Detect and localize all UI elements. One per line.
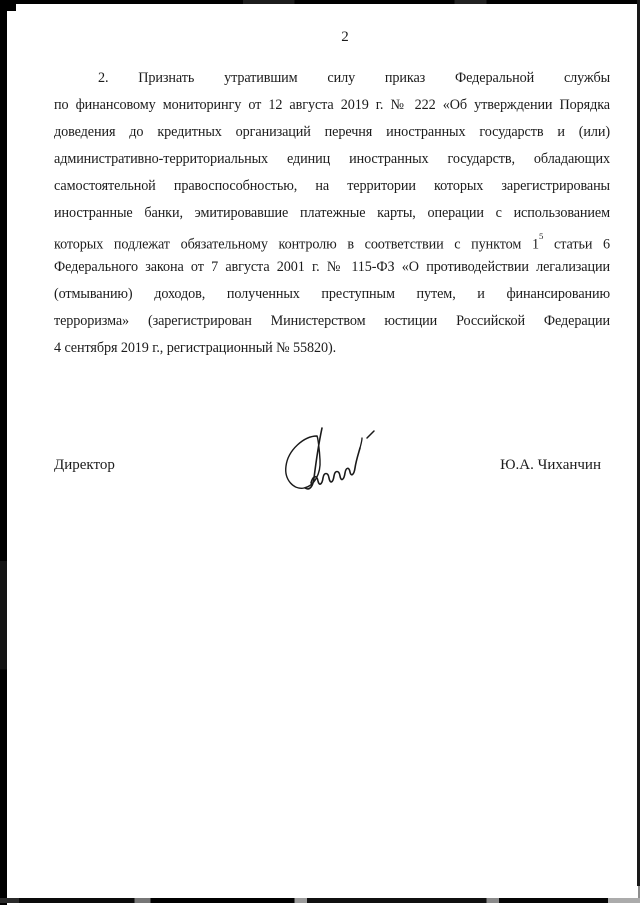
document-page: 2 2. Признать утратившим силу приказ Фед… — [54, 0, 610, 474]
superscript-5: 5 — [539, 231, 543, 241]
signature-icon — [276, 424, 376, 496]
paragraph-line-text: статьи 6 — [543, 237, 610, 253]
paragraph-line: самостоятельной правоспособностью, на те… — [54, 173, 610, 200]
page-number: 2 — [54, 28, 610, 46]
scan-border-left — [0, 0, 7, 905]
paragraph-line: административно-территориальных единиц и… — [54, 146, 610, 173]
paragraph-line: (отмыванию) доходов, полученных преступн… — [54, 281, 610, 308]
paragraph-line: Федерального закона от 7 августа 2001 г.… — [54, 254, 610, 281]
scan-border-bottom — [0, 898, 640, 903]
paragraph-line: которых подлежат обязательному контролю … — [54, 227, 610, 254]
paragraph-line: по финансовому мониторингу от 12 августа… — [54, 92, 610, 119]
paragraph-line: терроризма» (зарегистрирован Министерств… — [54, 308, 610, 335]
paragraph-line: 2. Признать утратившим силу приказ Федер… — [54, 65, 610, 92]
signer-role-label: Директор — [54, 456, 115, 474]
paragraph-line: 4 сентября 2019 г., регистрационный № 55… — [54, 335, 610, 362]
paragraph-line: иностранные банки, эмитировавшие платежн… — [54, 200, 610, 227]
paragraph-line: доведения до кредитных организаций переч… — [54, 119, 610, 146]
signer-name: Ю.А. Чиханчин — [500, 456, 601, 474]
paragraph-line-text: которых подлежат обязательному контролю … — [54, 237, 539, 253]
order-paragraph: 2. Признать утратившим силу приказ Федер… — [54, 65, 610, 362]
